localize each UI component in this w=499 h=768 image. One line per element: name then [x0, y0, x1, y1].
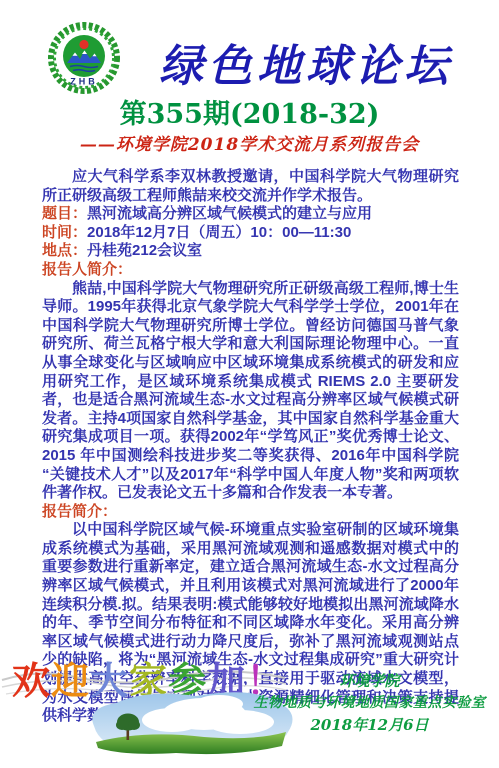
detail-location: 地点：丹桂苑212会议室 — [42, 242, 459, 261]
signature-block: 环境学院 生物地质与环境地质国家重点实验室 2018年12月6日 — [252, 670, 487, 736]
seminar-poster: ZHB 绿色地球论坛 第355期(2018-32) ——环境学院2018学术交流… — [0, 0, 499, 768]
zhb-environmental-logo-icon: ZHB — [46, 20, 122, 96]
series-subtitle: ——环境学院2018学术交流月系列报告会 — [0, 130, 499, 155]
speaker-bio-text: 熊喆,中国科学院大气物理研究所正研级高级工程师,博士生导师。1995年获得北京气… — [42, 280, 459, 503]
topic-label: 题目： — [42, 205, 87, 222]
logo-letters: ZHB — [70, 77, 98, 87]
detail-topic: 题目：黑河流域高分辨区域气候模式的建立与应用 — [42, 205, 459, 224]
announcement-body: 应大气科学系李双林教授邀请，中国科学院大气物理研究所正研级高级工程师熊喆来校交流… — [42, 168, 459, 726]
time-label: 时间： — [42, 224, 87, 241]
organizer-college: 环境学院 — [252, 670, 487, 692]
topic-value: 黑河流域高分辨区域气候模式的建立与应用 — [87, 205, 372, 222]
abstract-label: 报告简介： — [42, 503, 459, 522]
location-value: 丹桂苑212会议室 — [87, 242, 202, 259]
detail-time: 时间：2018年12月7日（周五）10：00—11:30 — [42, 224, 459, 243]
intro-paragraph: 应大气科学系李双林教授邀请，中国科学院大气物理研究所正研级高级工程师熊喆来校交流… — [42, 168, 459, 205]
issue-date: 2018年12月6日 — [252, 714, 487, 736]
speaker-bio-label: 报告人简介： — [42, 261, 459, 280]
issue-number: 第355期(2018-32) — [0, 92, 499, 131]
forum-title: 绿色地球论坛 — [116, 30, 496, 94]
location-label: 地点： — [42, 242, 87, 259]
time-value: 2018年12月7日（周五）10：00—11:30 — [87, 224, 351, 241]
organizer-lab: 生物地质与环境地质国家重点实验室 — [252, 692, 487, 714]
